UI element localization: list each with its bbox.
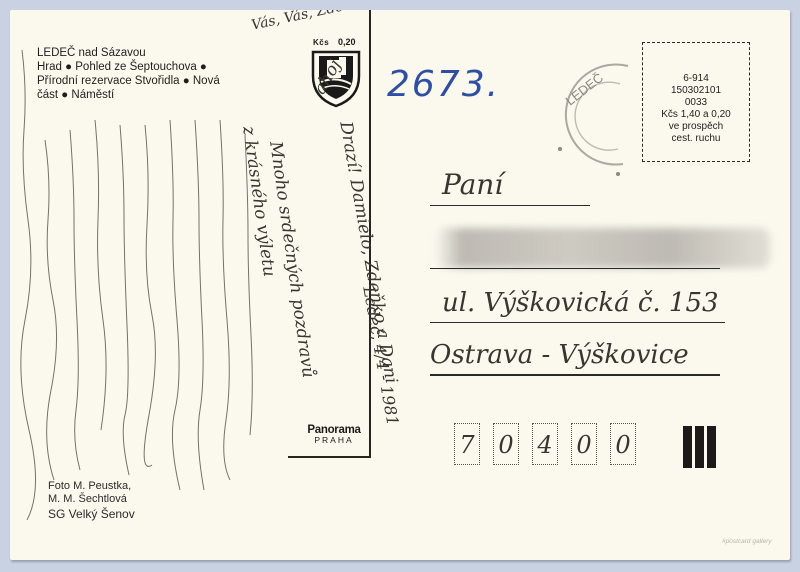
redacted-recipient-name xyxy=(435,228,770,268)
postal-code-digit: 7 xyxy=(454,423,480,465)
stamp-line: cest. ruchu xyxy=(643,133,749,145)
sorting-bar xyxy=(695,426,704,468)
stamp-area: 6-914 150302101 0033 Kčs 1,40 a 0,20 ve … xyxy=(642,42,750,162)
street-address: ul. Výškovická č. 153 xyxy=(442,288,719,318)
address-line xyxy=(430,374,720,376)
publisher-logo: Panorama PRAHA xyxy=(296,424,372,445)
stamp-line: 150302101 xyxy=(643,85,749,97)
sorting-bar xyxy=(683,426,692,468)
stamp-line: 6-914 xyxy=(643,73,749,85)
postal-code-digit: 0 xyxy=(610,423,636,465)
stamp-line: 0033 xyxy=(643,97,749,109)
sorting-bars xyxy=(683,426,716,468)
recipient-title: Paní xyxy=(442,168,503,201)
postal-code-digit: 0 xyxy=(571,423,597,465)
stamp-line: ve prospěch xyxy=(643,121,749,133)
watermark: #postcard gallery xyxy=(722,538,772,545)
publisher-city: PRAHA xyxy=(296,435,372,445)
address-line xyxy=(430,205,590,206)
postal-code-boxes: 7 0 4 0 0 xyxy=(454,423,636,465)
reference-number: 2673. xyxy=(387,64,500,105)
city-address: Ostrava - Výškovice xyxy=(430,340,689,370)
postcard-back: LEDEČ nad Sázavou Hrad ● Pohled ze Šepto… xyxy=(10,10,790,560)
sorting-bar xyxy=(707,426,716,468)
address-line xyxy=(430,268,720,269)
frame-divider xyxy=(288,456,371,458)
postal-code-digit: 0 xyxy=(493,423,519,465)
postmark-icon: LEDEČ xyxy=(548,54,648,179)
address-line xyxy=(430,322,725,323)
stamp-line: Kčs 1,40 a 0,20 xyxy=(643,109,749,121)
postal-code-digit: 4 xyxy=(532,423,558,465)
handwriting-scribbles xyxy=(10,10,290,550)
